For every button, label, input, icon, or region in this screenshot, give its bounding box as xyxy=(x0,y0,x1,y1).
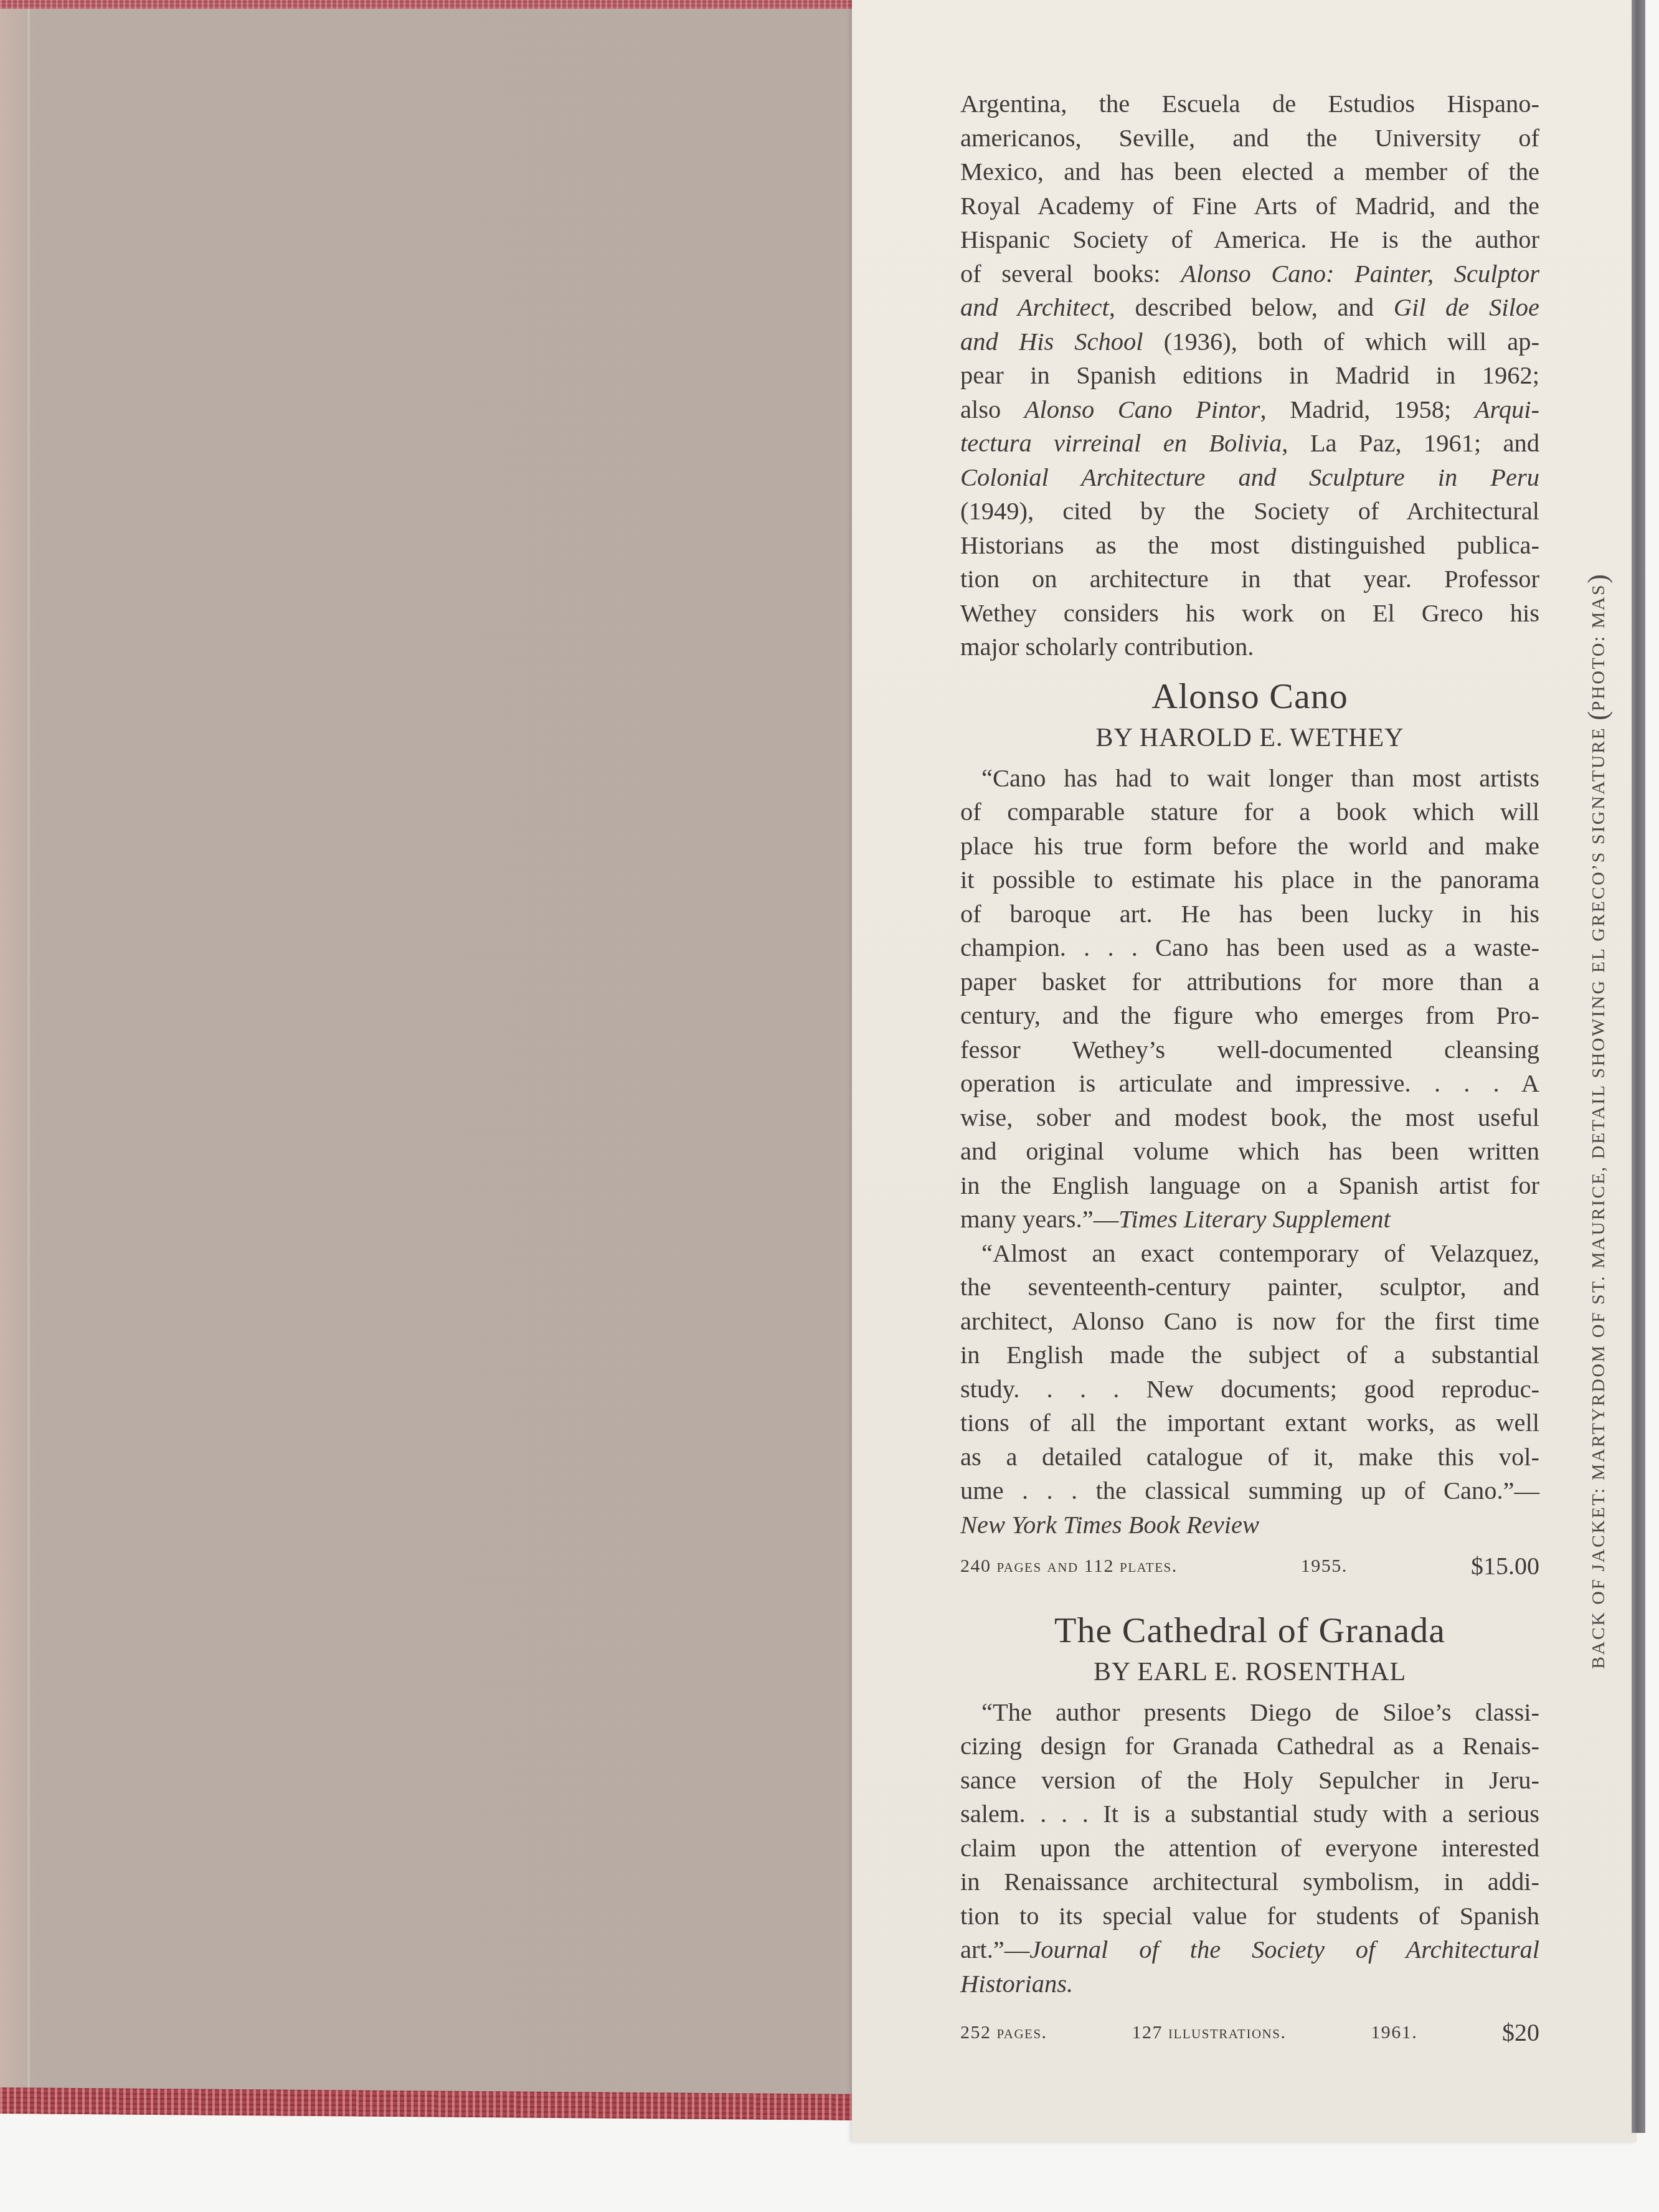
text-line: Historians. xyxy=(960,1967,1539,2002)
text-line: tion on architecture in that year. Profe… xyxy=(960,562,1539,597)
text-line: century, and the figure who emerges from… xyxy=(960,999,1539,1033)
endpaper xyxy=(0,9,854,2095)
text-line: Argentina, the Escuela de Estudios Hispa… xyxy=(960,87,1539,121)
text-line: Wethey considers his work on El Greco hi… xyxy=(960,597,1539,631)
text-line: salem. . . . It is a substantial study w… xyxy=(960,1797,1539,1832)
book-entry-cathedral-of-granada: The Cathedral of Granada BY EARL E. ROSE… xyxy=(960,1609,1539,2050)
book-pages: 252 pages. xyxy=(960,2016,1047,2050)
book-pages: 240 pages and 112 plates. xyxy=(960,1549,1178,1584)
text-line: and His School (1936), both of which wil… xyxy=(960,325,1539,359)
text-line: New York Times Book Review xyxy=(960,1508,1539,1543)
text-line: major scholarly contribution. xyxy=(960,630,1539,664)
book-price: $20 xyxy=(1502,2016,1539,2050)
text-line: fessor Wethey’s well-documented cleansin… xyxy=(960,1033,1539,1067)
text-line: of several books: Alonso Cano: Painter, … xyxy=(960,257,1539,291)
text-line: and Architect, described below, and Gil … xyxy=(960,291,1539,325)
text-line: champion. . . . Cano has been used as a … xyxy=(960,931,1539,965)
review-quote: “Almost an exact contemporary of Velazqu… xyxy=(960,1237,1539,1543)
text-line: ume . . . the classical summing up of Ca… xyxy=(960,1474,1539,1508)
text-line: Royal Academy of Fine Arts of Madrid, an… xyxy=(960,189,1539,224)
book-meta: 252 pages. 127 illustrations. 1961. $20 xyxy=(960,2016,1539,2050)
flap-text-column: Argentina, the Escuela de Estudios Hispa… xyxy=(960,87,1539,2050)
text-line: (1949), cited by the Society of Architec… xyxy=(960,494,1539,529)
jacket-edge xyxy=(1632,0,1645,2133)
text-line: study. . . . New documents; good reprodu… xyxy=(960,1373,1539,1407)
text-line: tions of all the important extant works,… xyxy=(960,1406,1539,1440)
book-author: BY HAROLD E. WETHEY xyxy=(960,721,1539,755)
text-line: Hispanic Society of America. He is the a… xyxy=(960,223,1539,257)
text-line: art.”—Journal of the Society of Architec… xyxy=(960,1933,1539,1967)
text-line: “The author presents Diego de Siloe’s cl… xyxy=(960,1696,1539,1730)
text-line: as a detailed catalogue of it, make this… xyxy=(960,1440,1539,1475)
text-line: tectura virreinal en Bolivia, La Paz, 19… xyxy=(960,427,1539,461)
book-price: $15.00 xyxy=(1471,1549,1539,1584)
text-line: it possible to estimate his place in the… xyxy=(960,863,1539,897)
text-line: wise, sober and modest book, the most us… xyxy=(960,1101,1539,1135)
text-line: many years.”—Times Literary Supplement xyxy=(960,1203,1539,1237)
text-line: Historians as the most distinguished pub… xyxy=(960,529,1539,563)
text-line: the seventeenth-century painter, sculpto… xyxy=(960,1270,1539,1305)
book-title: The Cathedral of Granada xyxy=(960,1609,1539,1652)
caption-credit: PHOTO: MAS xyxy=(1588,584,1609,711)
text-line: tion to its special value for students o… xyxy=(960,1899,1539,1934)
text-line: architect, Alonso Cano is now for the fi… xyxy=(960,1305,1539,1339)
text-line: in Renaissance architectural symbolism, … xyxy=(960,1865,1539,1899)
review-quote: “The author presents Diego de Siloe’s cl… xyxy=(960,1696,1539,2002)
book-meta: 240 pages and 112 plates. 1955. $15.00 xyxy=(960,1549,1539,1584)
text-line: pear in Spanish editions in Madrid in 19… xyxy=(960,359,1539,393)
book-entry-alonso-cano: Alonso Cano BY HAROLD E. WETHEY “Cano ha… xyxy=(960,674,1539,1584)
text-line: of baroque art. He has been lucky in his xyxy=(960,897,1539,932)
text-line: operation is articulate and impressive. … xyxy=(960,1067,1539,1101)
caption-text: BACK OF JACKET: MARTYRDOM OF ST. MAURICE… xyxy=(1588,727,1609,1669)
text-line: also Alonso Cano Pintor, Madrid, 1958; A… xyxy=(960,393,1539,427)
book-year: 1955. xyxy=(1301,1549,1348,1584)
review-quote: “Cano has had to wait longer than most a… xyxy=(960,762,1539,1237)
book-author: BY EARL E. ROSENTHAL xyxy=(960,1655,1539,1690)
text-line: Mexico, and has been elected a member of… xyxy=(960,155,1539,189)
text-line: and original volume which has been writt… xyxy=(960,1135,1539,1169)
text-line: sance version of the Holy Sepulcher in J… xyxy=(960,1764,1539,1798)
text-line: claim upon the attention of everyone int… xyxy=(960,1832,1539,1866)
text-line: “Almost an exact contemporary of Velazqu… xyxy=(960,1237,1539,1271)
text-line: americanos, Seville, and the University … xyxy=(960,121,1539,156)
text-line: paper basket for attributions for more t… xyxy=(960,965,1539,1000)
book-reviews: “Cano has had to wait longer than most a… xyxy=(960,762,1539,1543)
text-line: Colonial Architecture and Sculpture in P… xyxy=(960,461,1539,495)
text-line: in English made the subject of a substan… xyxy=(960,1338,1539,1373)
text-line: cizing design for Granada Cathedral as a… xyxy=(960,1729,1539,1764)
author-bio: Argentina, the Escuela de Estudios Hispa… xyxy=(960,87,1539,664)
book-year: 1961. xyxy=(1371,2016,1417,2050)
book-reviews: “The author presents Diego de Siloe’s cl… xyxy=(960,1696,1539,2002)
text-line: of comparable stature for a book which w… xyxy=(960,795,1539,829)
text-line: “Cano has had to wait longer than most a… xyxy=(960,762,1539,796)
text-line: place his true form before the world and… xyxy=(960,829,1539,864)
vertical-photo-caption: BACK OF JACKET: MARTYRDOM OF ST. MAURICE… xyxy=(1582,574,1614,1669)
text-line: in the English language on a Spanish art… xyxy=(960,1169,1539,1203)
book-illustrations: 127 illustrations. xyxy=(1132,2016,1286,2050)
book-title: Alonso Cano xyxy=(960,674,1539,718)
